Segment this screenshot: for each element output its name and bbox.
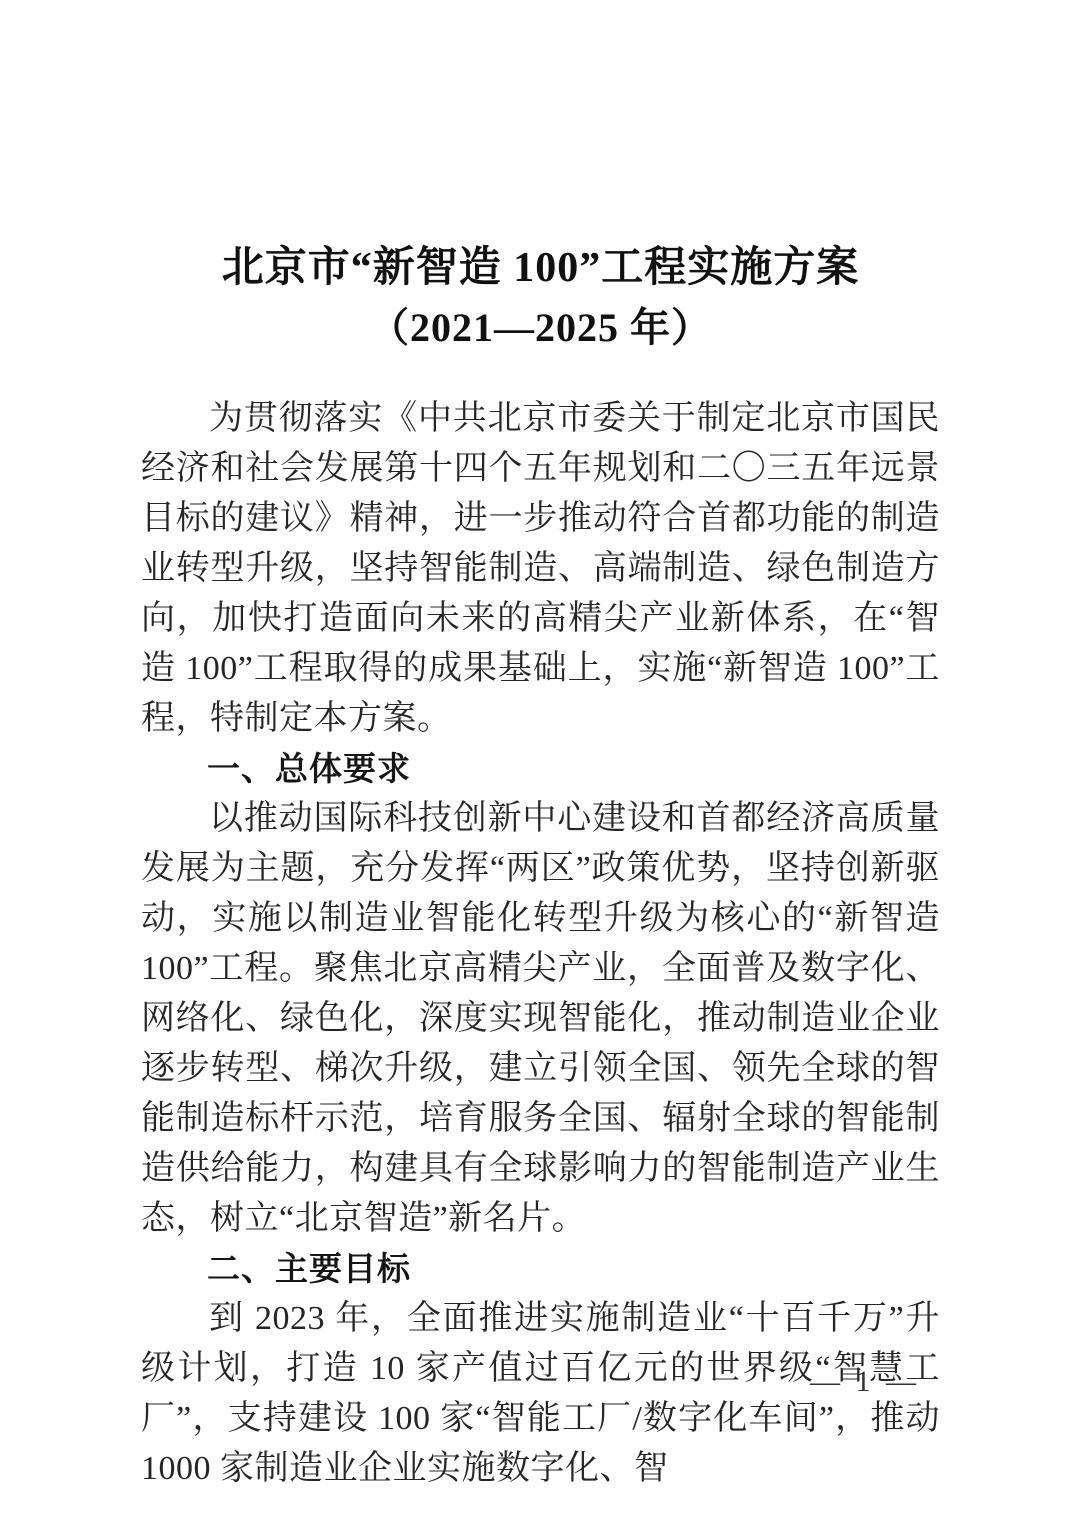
document-title: 北京市“新智造 100”工程实施方案: [141, 238, 940, 298]
paragraph-overall-requirements: 以推动国际科技创新中心建设和首都经济高质量发展为主题，充分发挥“两区”政策优势，…: [141, 794, 940, 1244]
document-page: 北京市“新智造 100”工程实施方案 （2021—2025 年） 为贯彻落实《中…: [0, 0, 1080, 1527]
section-heading-main-goals: 二、主要目标: [141, 1244, 940, 1294]
document-content: 北京市“新智造 100”工程实施方案 （2021—2025 年） 为贯彻落实《中…: [141, 238, 940, 1494]
section-heading-overall-requirements: 一、总体要求: [141, 744, 940, 794]
page-number: — 1 —: [810, 1367, 920, 1397]
paragraph-preamble: 为贯彻落实《中共北京市委关于制定北京市国民经济和社会发展第十四个五年规划和二〇三…: [141, 394, 940, 744]
document-subtitle: （2021—2025 年）: [141, 298, 940, 358]
